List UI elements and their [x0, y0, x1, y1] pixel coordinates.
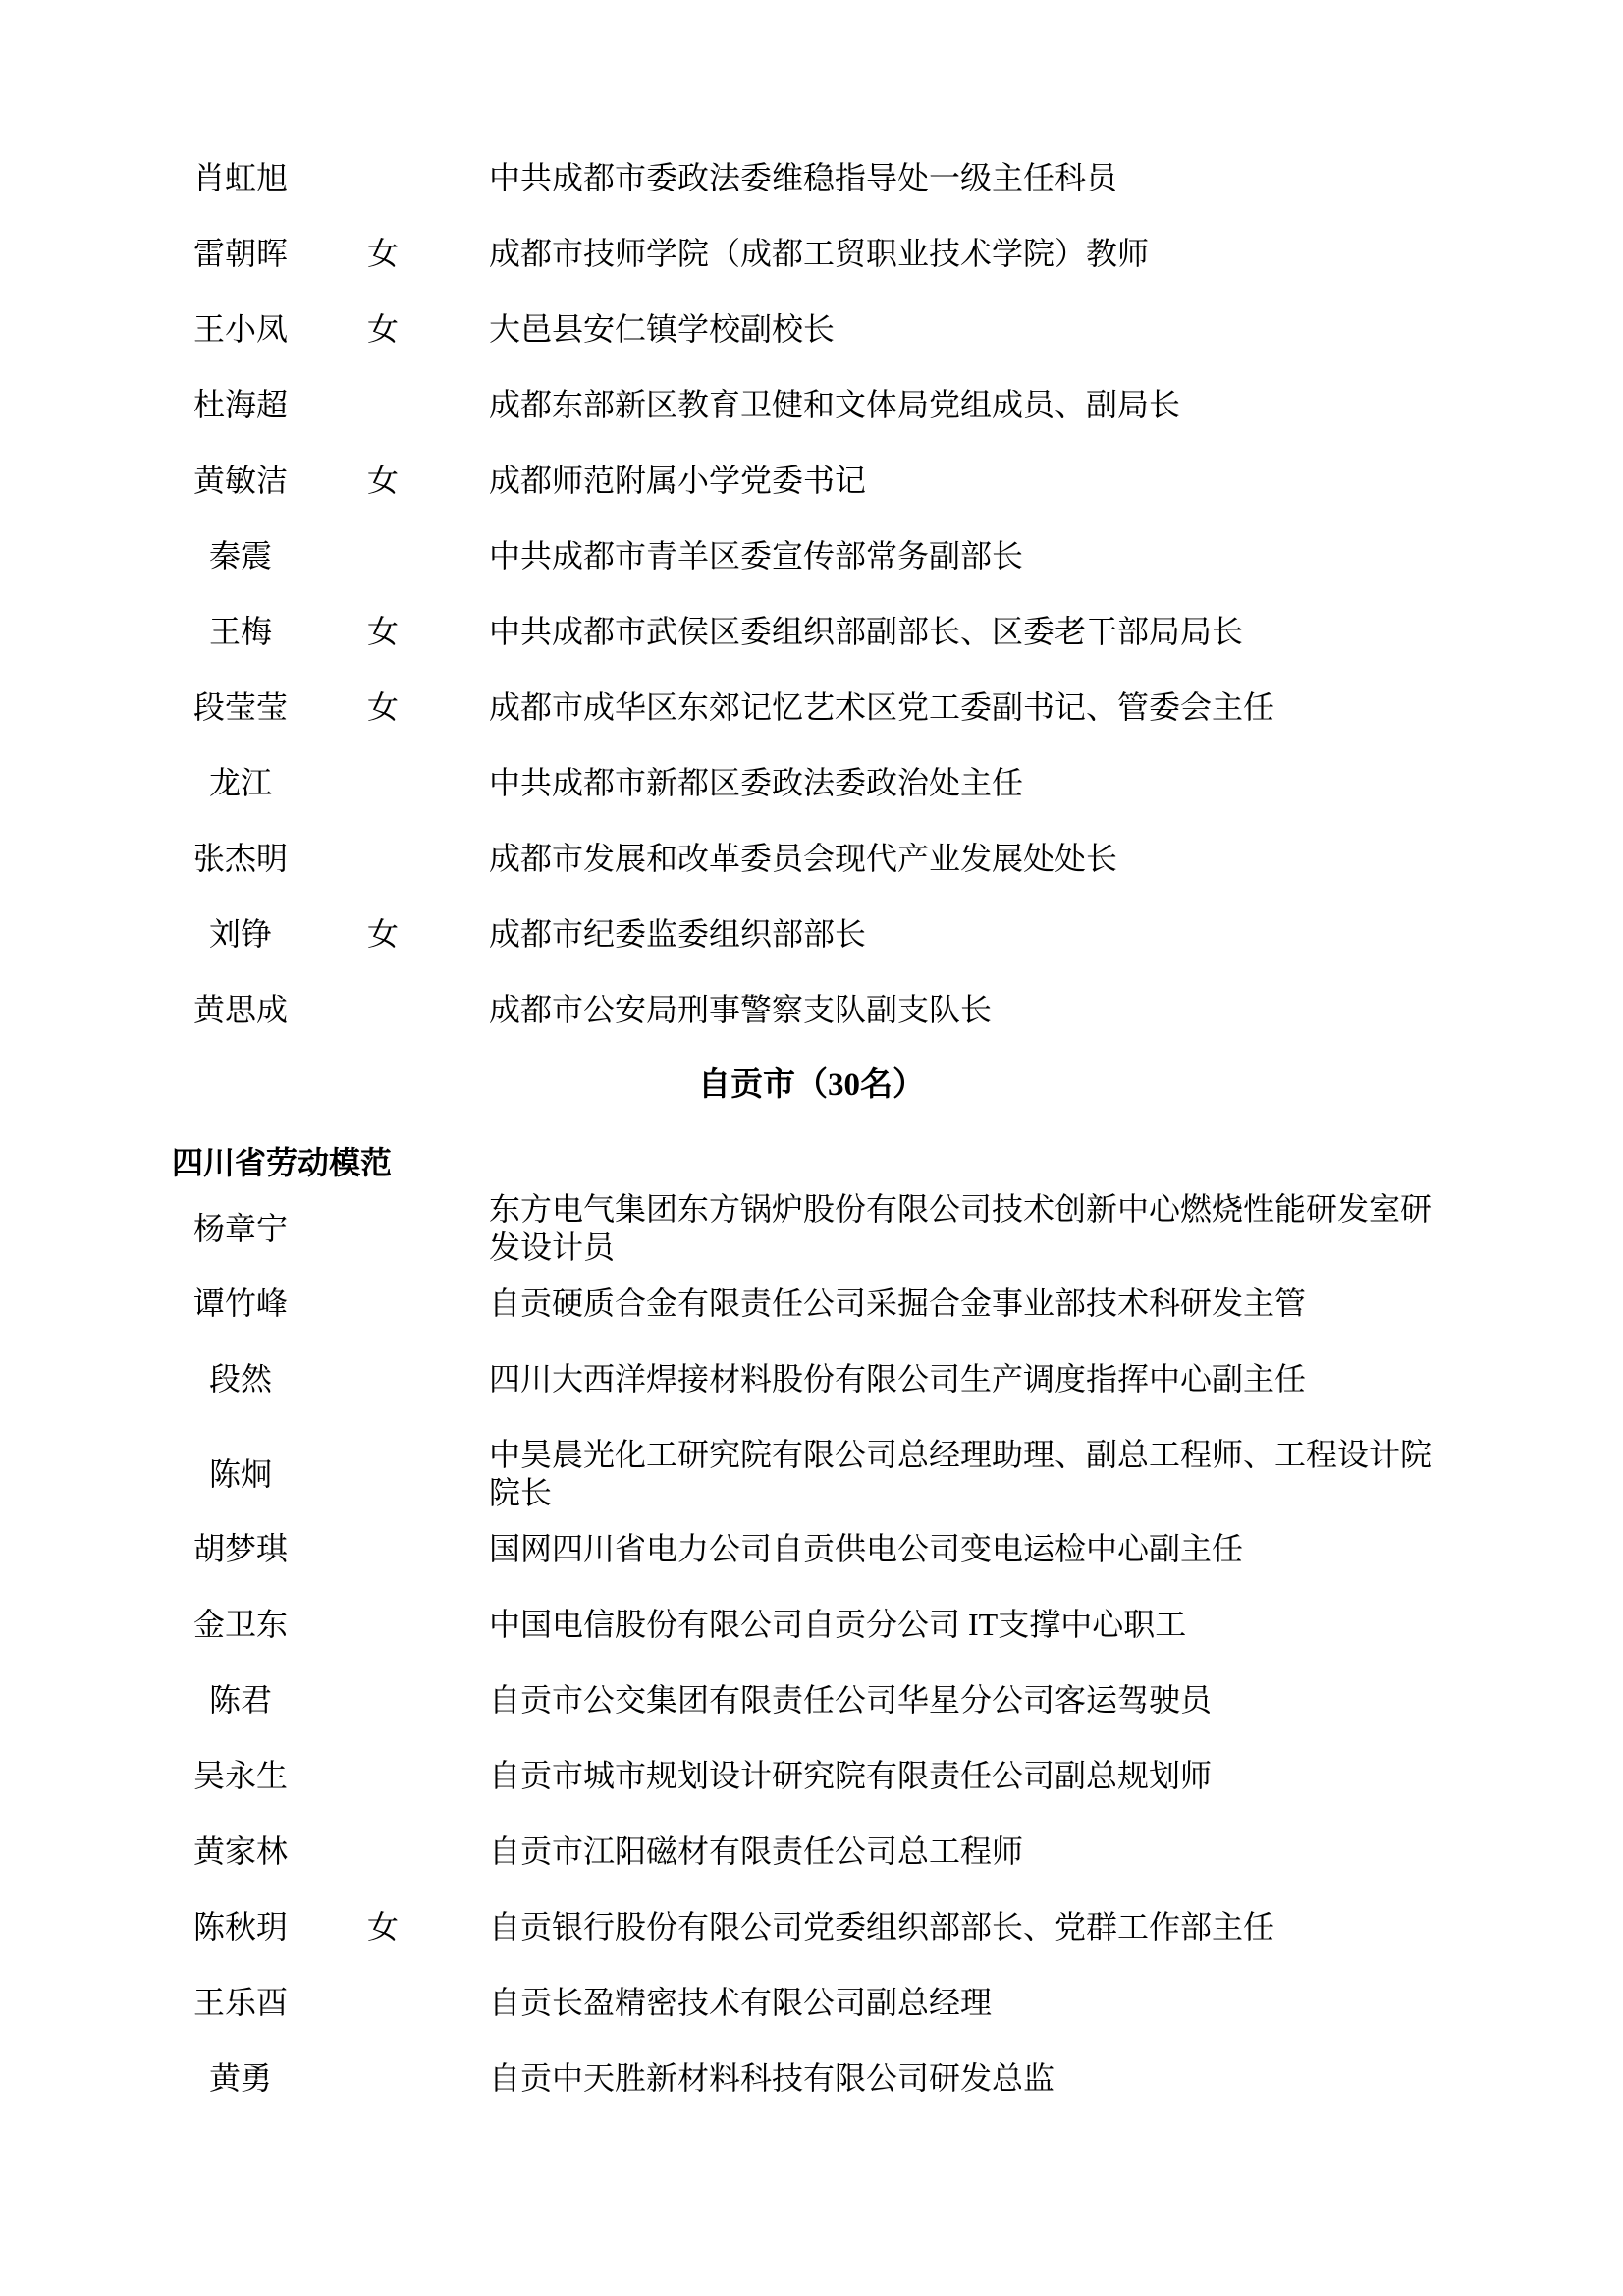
- person-position: 中共成都市委政法委维稳指导处一级主任科员: [489, 159, 1441, 197]
- table-row: 刘铮 女 成都市纪委监委组织部部长: [0, 915, 1623, 954]
- person-gender: 女: [334, 688, 432, 727]
- person-position: 国网四川省电力公司自贡供电公司变电运检中心副主任: [489, 1530, 1441, 1568]
- person-name: 陈秋玥: [147, 1908, 334, 1946]
- person-name: 陈君: [147, 1681, 334, 1720]
- table-row: 王梅 女 中共成都市武侯区委组织部副部长、区委老干部局局长: [0, 613, 1623, 651]
- person-name: 杜海超: [147, 386, 334, 424]
- table-row: 张杰明 成都市发展和改革委员会现代产业发展处处长: [0, 840, 1623, 878]
- table-row: 陈君 自贡市公交集团有限责任公司华星分公司客运驾驶员: [0, 1681, 1623, 1720]
- person-position: 自贡硬质合金有限责任公司采掘合金事业部技术科研发主管: [489, 1285, 1441, 1323]
- person-name: 王小凤: [147, 310, 334, 349]
- table-row: 王小凤 女 大邑县安仁镇学校副校长: [0, 310, 1623, 349]
- person-position: 自贡中天胜新材料科技有限公司研发总监: [489, 2059, 1441, 2098]
- person-name: 秦震: [147, 537, 334, 575]
- table-row: 吴永生 自贡市城市规划设计研究院有限责任公司副总规划师: [0, 1757, 1623, 1795]
- table-row: 王乐酉 自贡长盈精密技术有限公司副总经理: [0, 1984, 1623, 2022]
- person-position: 中共成都市新都区委政法委政治处主任: [489, 764, 1441, 802]
- person-gender: 女: [334, 1908, 432, 1946]
- person-name: 陈炯: [147, 1455, 334, 1494]
- person-name: 肖虹旭: [147, 159, 334, 197]
- honoree-list-chengdu: 肖虹旭 中共成都市委政法委维稳指导处一级主任科员 雷朝晖 女 成都市技师学院（成…: [0, 159, 1623, 1029]
- person-position: 中共成都市武侯区委组织部副部长、区委老干部局局长: [489, 613, 1441, 651]
- person-position: 自贡市城市规划设计研究院有限责任公司副总规划师: [489, 1757, 1441, 1795]
- table-row: 金卫东 中国电信股份有限公司自贡分公司 IT支撑中心职工: [0, 1606, 1623, 1644]
- person-name: 龙江: [147, 764, 334, 802]
- table-row: 胡梦琪 国网四川省电力公司自贡供电公司变电运检中心副主任: [0, 1530, 1623, 1568]
- person-name: 刘铮: [147, 915, 334, 954]
- person-name: 黄勇: [147, 2059, 334, 2098]
- person-gender: 女: [334, 613, 432, 651]
- person-position: 中共成都市青羊区委宣传部常务副部长: [489, 537, 1441, 575]
- document-page: 肖虹旭 中共成都市委政法委维稳指导处一级主任科员 雷朝晖 女 成都市技师学院（成…: [0, 0, 1623, 2296]
- table-row: 雷朝晖 女 成都市技师学院（成都工贸职业技术学院）教师: [0, 235, 1623, 273]
- person-position: 大邑县安仁镇学校副校长: [489, 310, 1441, 349]
- person-position: 成都市公安局刑事警察支队副支队长: [489, 991, 1441, 1029]
- person-position: 成都市发展和改革委员会现代产业发展处处长: [489, 840, 1441, 878]
- table-row: 杜海超 成都东部新区教育卫健和文体局党组成员、副局长: [0, 386, 1623, 424]
- table-row: 龙江 中共成都市新都区委政法委政治处主任: [0, 764, 1623, 802]
- person-position: 中昊晨光化工研究院有限公司总经理助理、副总工程师、工程设计院院长: [489, 1436, 1441, 1512]
- person-name: 王乐酉: [147, 1984, 334, 2022]
- person-position: 自贡长盈精密技术有限公司副总经理: [489, 1984, 1441, 2022]
- person-position: 自贡银行股份有限公司党委组织部部长、党群工作部主任: [489, 1908, 1441, 1946]
- person-gender: 女: [334, 462, 432, 500]
- person-position: 四川大西洋焊接材料股份有限公司生产调度指挥中心副主任: [489, 1360, 1441, 1398]
- table-row: 黄家林 自贡市江阳磁材有限责任公司总工程师: [0, 1832, 1623, 1871]
- table-row: 肖虹旭 中共成都市委政法委维稳指导处一级主任科员: [0, 159, 1623, 197]
- table-row: 陈炯 中昊晨光化工研究院有限公司总经理助理、副总工程师、工程设计院院长: [0, 1436, 1623, 1512]
- person-position: 中国电信股份有限公司自贡分公司 IT支撑中心职工: [489, 1606, 1441, 1644]
- person-name: 王梅: [147, 613, 334, 651]
- person-name: 谭竹峰: [147, 1285, 334, 1323]
- person-name: 胡梦琪: [147, 1530, 334, 1568]
- table-row: 段然 四川大西洋焊接材料股份有限公司生产调度指挥中心副主任: [0, 1360, 1623, 1398]
- person-position: 成都市技师学院（成都工贸职业技术学院）教师: [489, 235, 1441, 273]
- table-row: 杨章宁 东方电气集团东方锅炉股份有限公司技术创新中心燃烧性能研发室研发设计员: [0, 1190, 1623, 1267]
- person-position: 成都市成华区东郊记忆艺术区党工委副书记、管委会主任: [489, 688, 1441, 727]
- person-position: 自贡市公交集团有限责任公司华星分公司客运驾驶员: [489, 1681, 1441, 1720]
- person-name: 黄家林: [147, 1832, 334, 1871]
- table-row: 黄思成 成都市公安局刑事警察支队副支队长: [0, 991, 1623, 1029]
- person-name: 段莹莹: [147, 688, 334, 727]
- person-name: 雷朝晖: [147, 235, 334, 273]
- person-gender: 女: [334, 915, 432, 954]
- person-name: 黄敏洁: [147, 462, 334, 500]
- person-position: 东方电气集团东方锅炉股份有限公司技术创新中心燃烧性能研发室研发设计员: [489, 1190, 1441, 1267]
- person-name: 吴永生: [147, 1757, 334, 1795]
- table-row: 秦震 中共成都市青羊区委宣传部常务副部长: [0, 537, 1623, 575]
- person-position: 成都市纪委监委组织部部长: [489, 915, 1441, 954]
- person-name: 张杰明: [147, 840, 334, 878]
- table-row: 陈秋玥 女 自贡银行股份有限公司党委组织部部长、党群工作部主任: [0, 1908, 1623, 1946]
- honoree-list-zigong: 杨章宁 东方电气集团东方锅炉股份有限公司技术创新中心燃烧性能研发室研发设计员 谭…: [0, 1190, 1623, 2098]
- table-row: 谭竹峰 自贡硬质合金有限责任公司采掘合金事业部技术科研发主管: [0, 1285, 1623, 1323]
- person-name: 杨章宁: [147, 1210, 334, 1248]
- table-row: 段莹莹 女 成都市成华区东郊记忆艺术区党工委副书记、管委会主任: [0, 688, 1623, 727]
- category-label: 四川省劳动模范: [172, 1144, 1623, 1182]
- person-name: 黄思成: [147, 991, 334, 1029]
- table-row: 黄敏洁 女 成都师范附属小学党委书记: [0, 462, 1623, 500]
- city-header: 自贡市（30名）: [0, 1066, 1623, 1105]
- table-row: 黄勇 自贡中天胜新材料科技有限公司研发总监: [0, 2059, 1623, 2098]
- person-position: 成都东部新区教育卫健和文体局党组成员、副局长: [489, 386, 1441, 424]
- person-position: 自贡市江阳磁材有限责任公司总工程师: [489, 1832, 1441, 1871]
- person-gender: 女: [334, 310, 432, 349]
- person-name: 金卫东: [147, 1606, 334, 1644]
- person-name: 段然: [147, 1360, 334, 1398]
- person-position: 成都师范附属小学党委书记: [489, 462, 1441, 500]
- person-gender: 女: [334, 235, 432, 273]
